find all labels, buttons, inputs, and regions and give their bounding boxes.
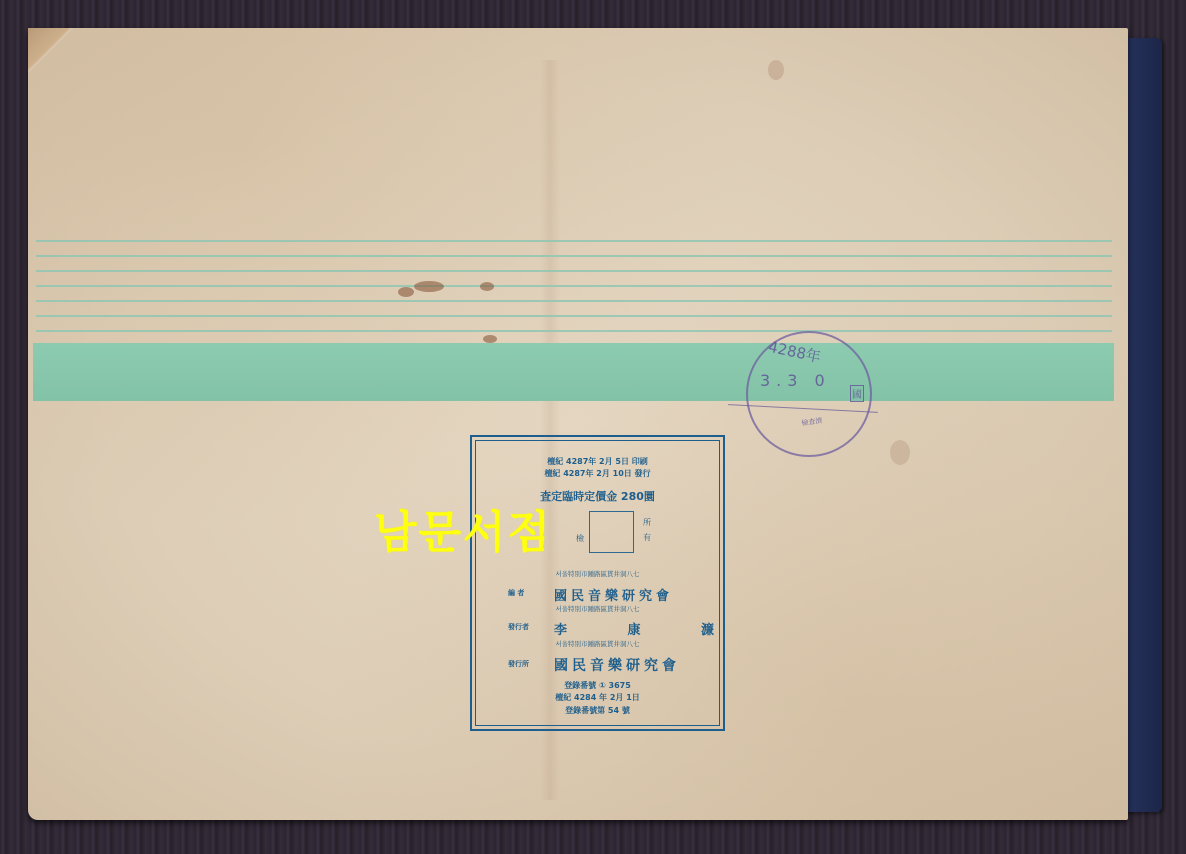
staff-line xyxy=(36,255,1112,257)
seal-box xyxy=(589,511,634,553)
registration-date: 檀紀 4284 年 2月 1日 xyxy=(476,692,719,703)
staff-line xyxy=(36,270,1112,272)
editor-name: 國民音樂研究會 xyxy=(554,585,673,604)
publisher-address: 서울特別市鍾路區貫井洞八七 xyxy=(476,604,719,613)
staff-line xyxy=(36,300,1112,302)
publisher-name-char: 濂 xyxy=(701,619,714,638)
editor-role: 編 者 xyxy=(508,588,524,598)
publisher-name-char: 康 xyxy=(627,619,640,638)
publisher-role: 發行者 xyxy=(508,622,529,632)
stain xyxy=(480,282,494,291)
editor-address: 서울特別市鍾路區貫井洞八七 xyxy=(476,569,719,578)
stain xyxy=(768,60,784,80)
staff-line xyxy=(36,330,1112,332)
staff-line xyxy=(36,315,1112,317)
watermark-text: 남문서점 xyxy=(374,496,552,560)
publish-date: 檀紀 4287年 2月 10日 發行 xyxy=(476,468,719,479)
issuer-role: 發行所 xyxy=(508,659,529,669)
green-band xyxy=(33,343,1114,401)
staff-line xyxy=(36,285,1112,287)
stain xyxy=(483,335,497,343)
postmark-side-mark: 國 xyxy=(850,385,864,402)
stain xyxy=(890,440,910,465)
postmark-date: 3.3 0 xyxy=(760,371,831,390)
issuer-address: 서울特別市鍾路區貫井洞八七 xyxy=(476,639,719,648)
print-date: 檀紀 4287年 2月 5日 印刷 xyxy=(476,456,719,467)
stain xyxy=(398,287,414,297)
issuer-name: 國民音樂研究會 xyxy=(554,655,680,675)
postmark-bottom-text: 檢查濟 xyxy=(764,410,860,433)
postmark-stamp: 4288年 3.3 0 國 檢查濟 xyxy=(746,331,872,457)
staff-line xyxy=(36,240,1112,242)
seal-label-right: 所有 xyxy=(642,515,652,545)
registration-number: 登錄番號第 54 號 xyxy=(476,705,719,716)
registration: 登錄番號 ① 3675 xyxy=(476,680,719,691)
publisher-name: 李 康 濂 xyxy=(554,619,714,638)
photo-scene: 檀紀 4287年 2月 5日 印刷 檀紀 4287年 2月 10日 發行 査定臨… xyxy=(0,0,1186,854)
postmark-year: 4288年 xyxy=(766,336,822,368)
colophon-inner: 檀紀 4287年 2月 5日 印刷 檀紀 4287年 2月 10日 發行 査定臨… xyxy=(475,440,720,726)
colophon-box: 檀紀 4287年 2月 5日 印刷 檀紀 4287年 2月 10日 發行 査定臨… xyxy=(470,435,725,731)
publisher-name-char: 李 xyxy=(554,619,567,638)
stain xyxy=(414,281,444,292)
seal-label-left: 檢 xyxy=(576,533,584,544)
